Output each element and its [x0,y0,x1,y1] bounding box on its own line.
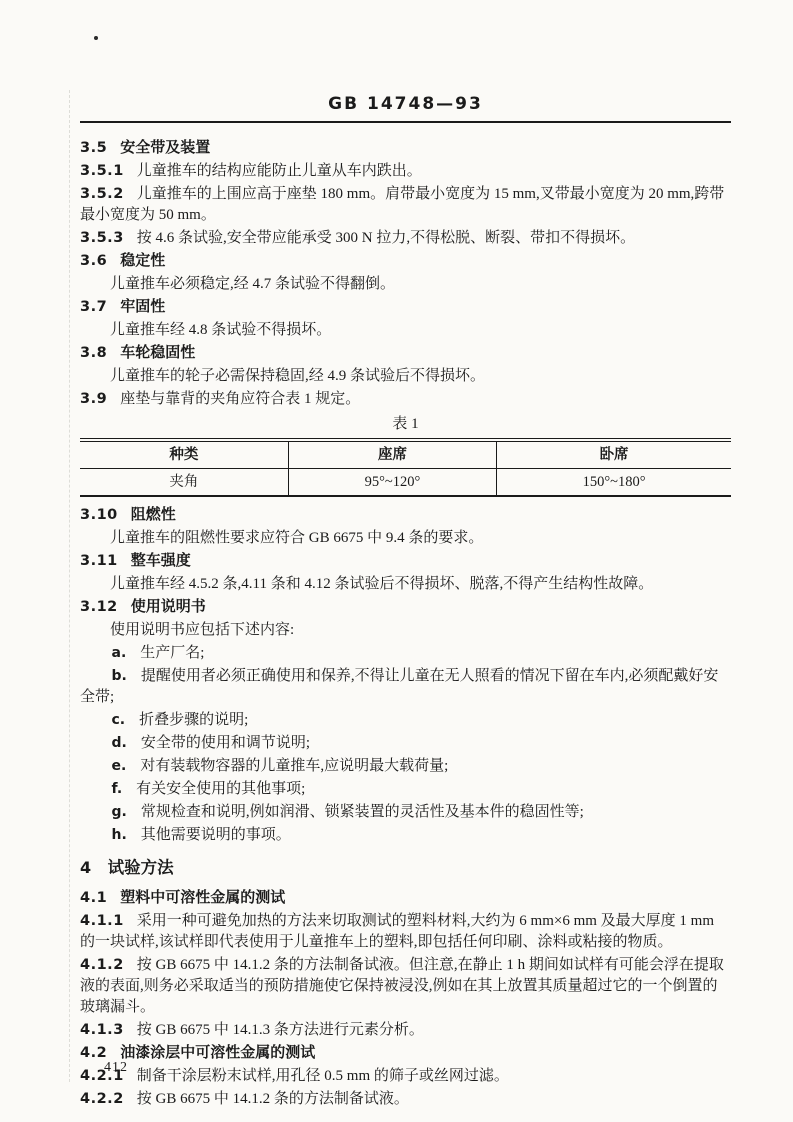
clause-3-10-heading: 3.10阻燃性 [80,505,731,526]
clause-3-11-body: 儿童推车经 4.5.2 条,4.11 条和 4.12 条试验后不得损坏、脱落,不… [80,574,731,595]
table-cell-label: 夹角 [80,469,288,497]
clause-title-text: 整车强度 [131,553,191,569]
list-letter: c. [112,712,126,728]
clause-3-7-heading: 3.7牢固性 [80,297,731,318]
list-item-c: c.折叠步骤的说明; [80,710,731,731]
list-text: 提醒使用者必须正确使用和保养,不得让儿童在无人照看的情况下留在车内,必须配戴好安… [80,668,718,705]
table-header-berth: 卧席 [497,440,731,469]
table-cell-berth-angle: 150°~180° [497,469,731,497]
clause-title-text: 塑料中可溶性金属的测试 [120,890,285,906]
clause-number: 4.2.2 [80,1091,124,1107]
list-letter: b. [112,668,127,684]
table-cell-seat-angle: 95°~120° [288,469,496,497]
clause-number: 3.5.1 [80,163,124,179]
list-text: 对有装载物容器的儿童推车,应说明最大载荷量; [140,758,448,774]
list-letter: h. [112,827,127,843]
clause-text: 按 GB 6675 中 14.1.2 条的方法制备试液。但注意,在静止 1 h … [80,957,724,1015]
clause-3-8-body: 儿童推车的轮子必需保持稳固,经 4.9 条试验后不得损坏。 [80,366,731,387]
clause-3-6-body: 儿童推车必须稳定,经 4.7 条试验不得翻倒。 [80,274,731,295]
table-header-kind: 种类 [80,440,288,469]
clause-3-5-2: 3.5.2儿童推车的上围应高于座垫 180 mm。肩带最小宽度为 15 mm,叉… [80,184,731,226]
list-item-h: h.其他需要说明的事项。 [80,825,731,846]
list-text: 折叠步骤的说明; [139,712,248,728]
list-text: 生产厂名; [140,645,204,661]
chapter-4-heading: 4试验方法 [80,856,731,880]
clause-3-8-heading: 3.8车轮稳固性 [80,343,731,364]
scanned-document-page: GB 14748—93 3.5安全带及装置 3.5.1儿童推车的结构应能防止儿童… [0,0,793,1122]
list-letter: f. [112,781,123,797]
clause-number: 3.5.2 [80,186,124,202]
clause-3-10-body: 儿童推车的阻燃性要求应符合 GB 6675 中 9.4 条的要求。 [80,528,731,549]
clause-title-text: 牢固性 [120,299,165,315]
clause-number: 3.6 [80,253,107,269]
clause-text: 儿童推车的结构应能防止儿童从车内跌出。 [137,163,422,179]
clause-3-6-heading: 3.6稳定性 [80,251,731,272]
clause-title-text: 稳定性 [120,253,165,269]
page-content: GB 14748—93 3.5安全带及装置 3.5.1儿童推车的结构应能防止儿童… [80,94,731,1112]
clause-4-1-heading: 4.1塑料中可溶性金属的测试 [80,888,731,909]
clause-3-11-heading: 3.11整车强度 [80,551,731,572]
clause-number: 4.1.2 [80,957,124,973]
scan-dot-artifact [94,36,98,40]
list-letter: d. [112,735,127,751]
clause-number: 4.1 [80,890,107,906]
list-item-g: g.常规检查和说明,例如润滑、锁紧装置的灵活性及基本件的稳固性等; [80,802,731,823]
scan-edge-artifact [69,90,70,1082]
clause-number: 4.1.1 [80,913,124,929]
clause-title-text: 安全带及装置 [120,140,210,156]
clause-4-1-1: 4.1.1采用一种可避免加热的方法来切取测试的塑料材料,大约为 6 mm×6 m… [80,911,731,953]
clause-text: 儿童推车的上围应高于座垫 180 mm。肩带最小宽度为 15 mm,叉带最小宽度… [80,186,724,223]
table-header-row: 种类 座席 卧席 [80,440,731,469]
clause-3-5-3: 3.5.3按 4.6 条试验,安全带应能承受 300 N 拉力,不得松脱、断裂、… [80,228,731,249]
clause-title-text: 车轮稳固性 [120,345,195,361]
clause-3-12-heading: 3.12使用说明书 [80,597,731,618]
clause-number: 3.10 [80,507,118,523]
header-rule [80,121,731,123]
table-1-caption: 表 1 [80,414,731,435]
clause-3-7-body: 儿童推车经 4.8 条试验不得损坏。 [80,320,731,341]
clause-number: 3.5.3 [80,230,124,246]
list-letter: g. [112,804,127,820]
chapter-title-text: 试验方法 [108,858,174,877]
chapter-number: 4 [80,858,92,877]
list-text: 安全带的使用和调节说明; [141,735,310,751]
table-row: 夹角 95°~120° 150°~180° [80,469,731,497]
clause-number: 4.1.3 [80,1022,124,1038]
list-item-b: b.提醒使用者必须正确使用和保养,不得让儿童在无人照看的情况下留在车内,必须配戴… [80,666,731,708]
clause-text: 按 GB 6675 中 14.1.3 条方法进行元素分析。 [137,1022,424,1038]
list-text: 有关安全使用的其他事项; [136,781,305,797]
clause-text: 采用一种可避免加热的方法来切取测试的塑料材料,大约为 6 mm×6 mm 及最大… [80,913,714,950]
clause-number: 3.9 [80,391,107,407]
clause-text: 按 4.6 条试验,安全带应能承受 300 N 拉力,不得松脱、断裂、带扣不得损… [137,230,635,246]
clause-3-5-heading: 3.5安全带及装置 [80,138,731,159]
list-text: 常规检查和说明,例如润滑、锁紧装置的灵活性及基本件的稳固性等; [141,804,584,820]
list-item-e: e.对有装载物容器的儿童推车,应说明最大载荷量; [80,756,731,777]
clause-text: 座垫与靠背的夹角应符合表 1 规定。 [120,391,360,407]
clause-3-5-1: 3.5.1儿童推车的结构应能防止儿童从车内跌出。 [80,161,731,182]
clause-title-text: 阻燃性 [131,507,176,523]
table-1: 种类 座席 卧席 夹角 95°~120° 150°~180° [80,438,731,497]
clause-text: 按 GB 6675 中 14.1.2 条的方法制备试液。 [137,1091,409,1107]
clause-4-2-heading: 4.2油漆涂层中可溶性金属的测试 [80,1043,731,1064]
standard-code-header: GB 14748—93 [80,94,731,114]
clause-4-2-1: 4.2.1制备干涂层粉末试样,用孔径 0.5 mm 的筛子或丝网过滤。 [80,1066,731,1087]
list-item-a: a.生产厂名; [80,643,731,664]
clause-4-2-2: 4.2.2按 GB 6675 中 14.1.2 条的方法制备试液。 [80,1089,731,1110]
clause-number: 3.8 [80,345,107,361]
list-text: 其他需要说明的事项。 [141,827,291,843]
clause-number: 3.7 [80,299,107,315]
clause-number: 3.5 [80,140,107,156]
clause-3-12-body: 使用说明书应包括下述内容: [80,620,731,641]
table-header-seat: 座席 [288,440,496,469]
page-number: 412 [104,1060,128,1076]
clause-number: 4.2 [80,1045,107,1061]
list-item-f: f.有关安全使用的其他事项; [80,779,731,800]
clause-number: 3.11 [80,553,118,569]
list-letter: a. [112,645,127,661]
list-letter: e. [112,758,127,774]
clause-title-text: 使用说明书 [131,599,206,615]
clause-3-9: 3.9座垫与靠背的夹角应符合表 1 规定。 [80,389,731,410]
clause-title-text: 油漆涂层中可溶性金属的测试 [120,1045,315,1061]
clause-number: 3.12 [80,599,118,615]
clause-text: 制备干涂层粉末试样,用孔径 0.5 mm 的筛子或丝网过滤。 [137,1068,509,1084]
list-item-d: d.安全带的使用和调节说明; [80,733,731,754]
clause-4-1-2: 4.1.2按 GB 6675 中 14.1.2 条的方法制备试液。但注意,在静止… [80,955,731,1018]
clause-4-1-3: 4.1.3按 GB 6675 中 14.1.3 条方法进行元素分析。 [80,1020,731,1041]
